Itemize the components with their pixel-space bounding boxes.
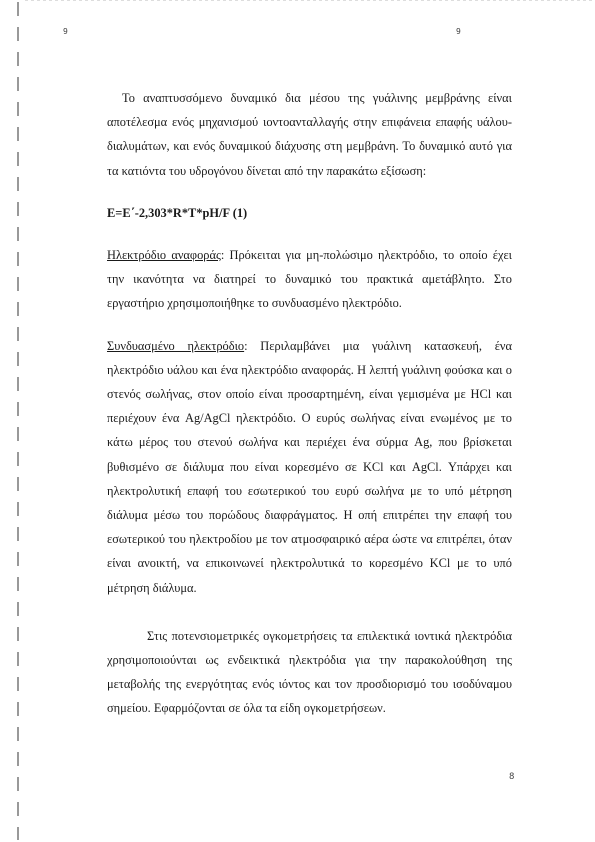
definition-combined-electrode: : Περιλαμβάνει μια γυάλινη κατασκευή, έν… [107,339,512,595]
header-number-left: 9 [63,27,68,36]
paragraph-membrane-potential: Το αναπτυσσόμενο δυναμικό δια μέσου της … [107,86,512,183]
spacer [107,225,512,243]
page-body: Το αναπτυσσόμενο δυναμικό δια μέσου της … [107,86,512,721]
paragraph-potentiometric-titrations: Στις ποτενσιομετρικές ογκομετρήσεις τα ε… [107,624,512,721]
page-number: 8 [509,772,514,782]
scan-top-edge [25,0,595,1]
equation-nernst: E=E΄-2,303*R*T*pH/F (1) [107,201,512,225]
term-reference-electrode: Ηλεκτρόδιο αναφοράς [107,248,221,262]
spacer [107,600,512,624]
binding-margin-line [17,2,19,840]
paragraph-combined-electrode: Συνδυασμένο ηλεκτρόδιο: Περιλαμβάνει μια… [107,334,512,600]
spacer [107,316,512,334]
paragraph-reference-electrode: Ηλεκτρόδιο αναφοράς: Πρόκειται για μη-πο… [107,243,512,316]
header-number-right: 9 [456,27,461,36]
term-combined-electrode: Συνδυασμένο ηλεκτρόδιο [107,339,244,353]
